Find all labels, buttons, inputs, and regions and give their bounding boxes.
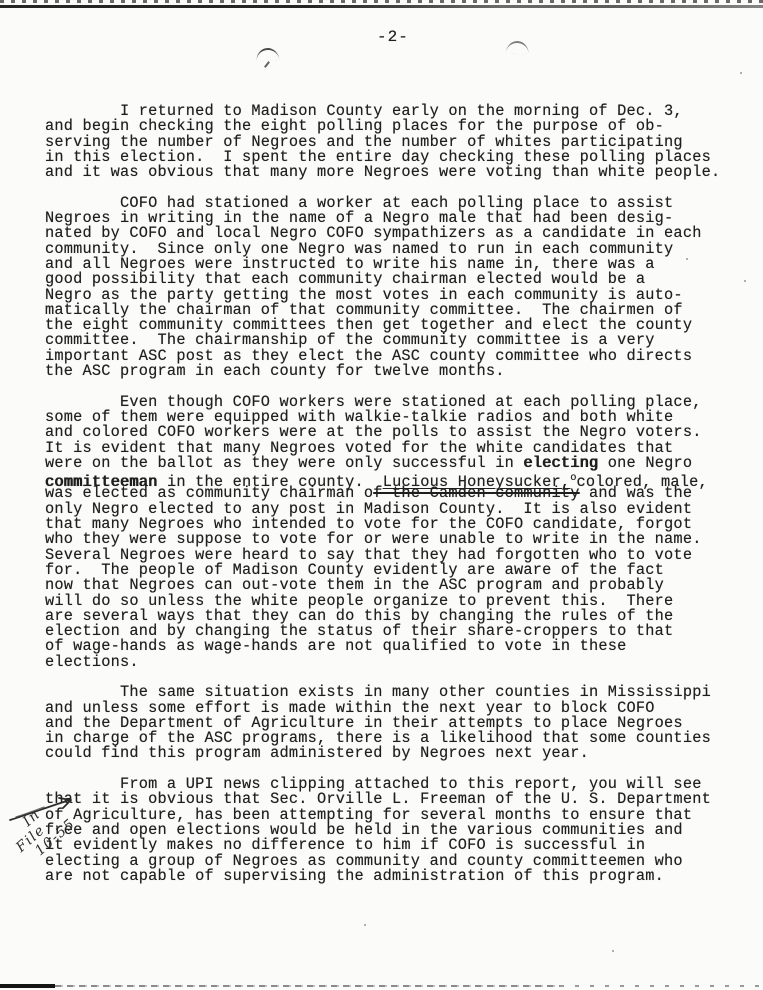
scan-speck (612, 950, 614, 952)
document-text: I returned to Madison County early on th… (45, 104, 735, 899)
text-line: could find this program administered by … (45, 746, 735, 761)
text-line: are not capable of supervising the admin… (45, 869, 735, 884)
text-segment: are not capable of supervising the admin… (45, 867, 664, 885)
text-line: of wage-hands as wage-hands are not qual… (45, 639, 735, 654)
text-line: elections. (45, 655, 735, 670)
smudge-arc-right (506, 40, 530, 54)
text-segment: one Negro (598, 454, 692, 472)
smudge-tick (264, 61, 270, 68)
paragraph: Even though COFO workers were stationed … (45, 395, 735, 670)
page-number: -2- (377, 28, 409, 46)
text-segment: elections. (45, 653, 139, 671)
scanned-page: -2- I returned to Madison County early o… (0, 0, 763, 990)
text-segment: and it was obvious that many more Negroe… (45, 163, 720, 181)
scan-speck (686, 258, 688, 260)
text-segment: were on the ballot as they were only suc… (45, 454, 523, 472)
scan-speck (364, 924, 366, 926)
scan-speck (744, 280, 746, 282)
text-segment: could find this program administered by … (45, 744, 589, 762)
text-segment: electing (523, 454, 598, 472)
scan-speck (740, 72, 742, 74)
scan-edge-top (0, 0, 763, 10)
text-line: were on the ballot as they were only suc… (45, 456, 735, 471)
paragraph: The same situation exists in many other … (45, 685, 735, 761)
smudge-arc-left (256, 47, 280, 62)
paragraph: I returned to Madison County early on th… (45, 104, 735, 180)
paragraph: COFO had stationed a worker at each poll… (45, 196, 735, 380)
text-line: and it was obvious that many more Negroe… (45, 165, 735, 180)
text-line: the ASC program in each county for twelv… (45, 364, 735, 379)
text-segment: the ASC program in each county for twelv… (45, 362, 505, 380)
paragraph: From a UPI news clipping attached to thi… (45, 777, 735, 884)
scan-edge-bottom (0, 983, 763, 989)
